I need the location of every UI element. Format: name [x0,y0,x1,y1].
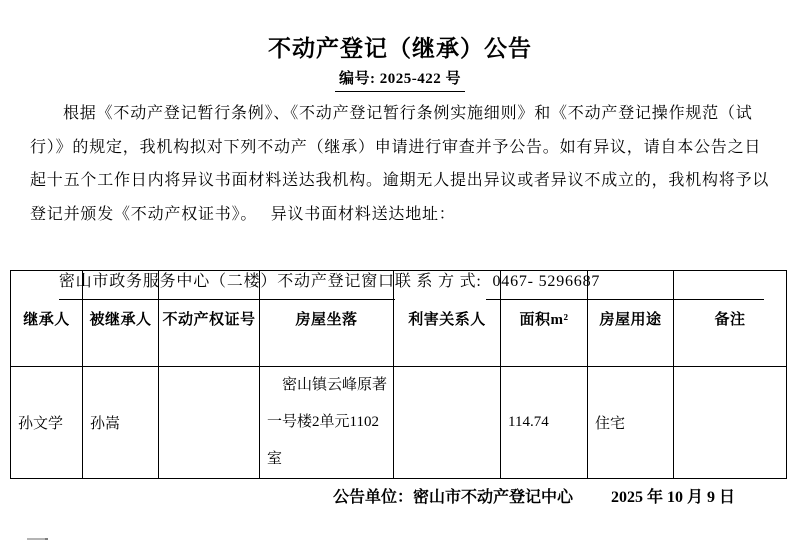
cell-decedent: 孙嵩 [83,367,159,479]
cell-location: 密山镇云峰原著 一号楼2单元1102 室 [260,367,394,479]
cell-area: 114.74 [501,367,588,479]
body-line-4: 登记并颁发《不动产权证书》。 异议书面材料送达地址： [30,198,772,232]
table-header-row: 继承人 被继承人 不动产权证号 房屋坐落 利害关系人 面积m² 房屋用途 备注 [11,271,787,367]
doc-number-row: 编号: 2025-422 号 [0,67,800,92]
announcement-table: 继承人 被继承人 不动产权证号 房屋坐落 利害关系人 面积m² 房屋用途 备注 … [10,270,787,479]
cell-stakeholder [394,367,501,479]
header-stakeholder: 利害关系人 [394,271,501,367]
footer-issuer: 公告单位：密山市不动产登记中心 [333,488,573,508]
body-line-3: 起十五个工作日内将异议书面材料送达我机构。逾期无人提出异议或者异议不成立的，我机… [30,164,772,198]
cell-heir: 孙文学 [11,367,83,479]
header-heir: 继承人 [11,271,83,367]
location-line-2: 一号楼2单元1102 [267,404,389,441]
header-remark: 备注 [674,271,787,367]
table-row: 孙文学 孙嵩 密山镇云峰原著 一号楼2单元1102 室 114.74 住宅 [11,367,787,479]
doc-number: 编号: 2025-422 号 [335,67,465,92]
body-line-2: 行）》的规定，我机构拟对下列不动产（继承）申请进行审查并予公告。如有异议，请自本… [30,131,772,165]
footer-date: 2025 年 10 月 9 日 [611,488,735,508]
location-line-3: 室 [267,441,389,478]
page-title: 不动产登记（继承）公告 [0,30,800,63]
header-area: 面积m² [501,271,588,367]
footer-row: 公告单位：密山市不动产登记中心 2025 年 10 月 9 日 [333,488,735,508]
cutoff-element-artifact [27,538,46,540]
header-decedent: 被继承人 [83,271,159,367]
cell-usage: 住宅 [588,367,674,479]
header-location: 房屋坐落 [260,271,394,367]
cell-certificate-no [159,367,260,479]
cell-remark [674,367,787,479]
announcement-document: 不动产登记（继承）公告 编号: 2025-422 号 根据《不动产登记暂行条例》… [0,0,800,544]
body-line-1: 根据《不动产登记暂行条例》、《不动产登记暂行条例实施细则》和《不动产登记操作规范… [30,97,772,131]
location-line-1: 密山镇云峰原著 [267,367,389,404]
header-certificate-no: 不动产权证号 [159,271,260,367]
header-usage: 房屋用途 [588,271,674,367]
